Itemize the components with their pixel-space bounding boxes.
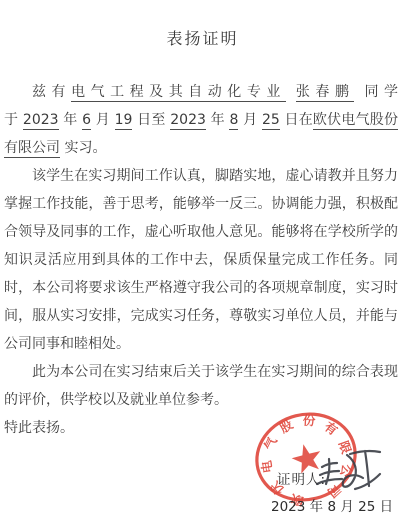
intro-text: 日至 (132, 112, 170, 128)
filled-blank: 2023 (170, 112, 206, 130)
intro-text: 月 (91, 112, 115, 128)
svg-text:电: 电 (259, 459, 276, 474)
document-body: 兹有电气工程及其自动化专业 张春鹏 同学于 2023 年 6 月 19 日至 2… (4, 78, 398, 442)
intro-text: 月 (238, 112, 262, 128)
filled-blank: 25 (262, 112, 280, 130)
paragraph-intro: 兹有电气工程及其自动化专业 张春鹏 同学于 2023 年 6 月 19 日至 2… (4, 78, 398, 162)
document-page: 表扬证明 兹有电气工程及其自动化专业 张春鹏 同学于 2023 年 6 月 19… (0, 0, 405, 522)
issue-date: 2023 年 8 月 25 日 (271, 495, 393, 515)
intro-text: 兹有 (32, 84, 71, 100)
intro-text (286, 84, 296, 100)
filled-blank: 张春鹏 (296, 84, 355, 102)
handwritten-signature (312, 446, 384, 496)
intro-text: 日在 (280, 112, 313, 128)
intro-text: 实习。 (60, 140, 106, 156)
intro-text: 年 (206, 112, 230, 128)
svg-text:股: 股 (277, 416, 296, 436)
intro-text: 年 (59, 112, 83, 128)
filled-blank: 2023 (23, 112, 59, 130)
page-title: 表扬证明 (0, 26, 405, 49)
svg-text:份: 份 (302, 413, 316, 429)
filled-blank: 19 (115, 112, 133, 130)
paragraph-evaluation: 该学生在实习期间工作认真，脚踏实地，虚心请教并且努力掌握工作技能，善于思考，能够… (4, 162, 398, 358)
filled-blank: 6 (82, 112, 91, 130)
filled-blank: 电气工程及其自动化专业 (71, 84, 286, 102)
